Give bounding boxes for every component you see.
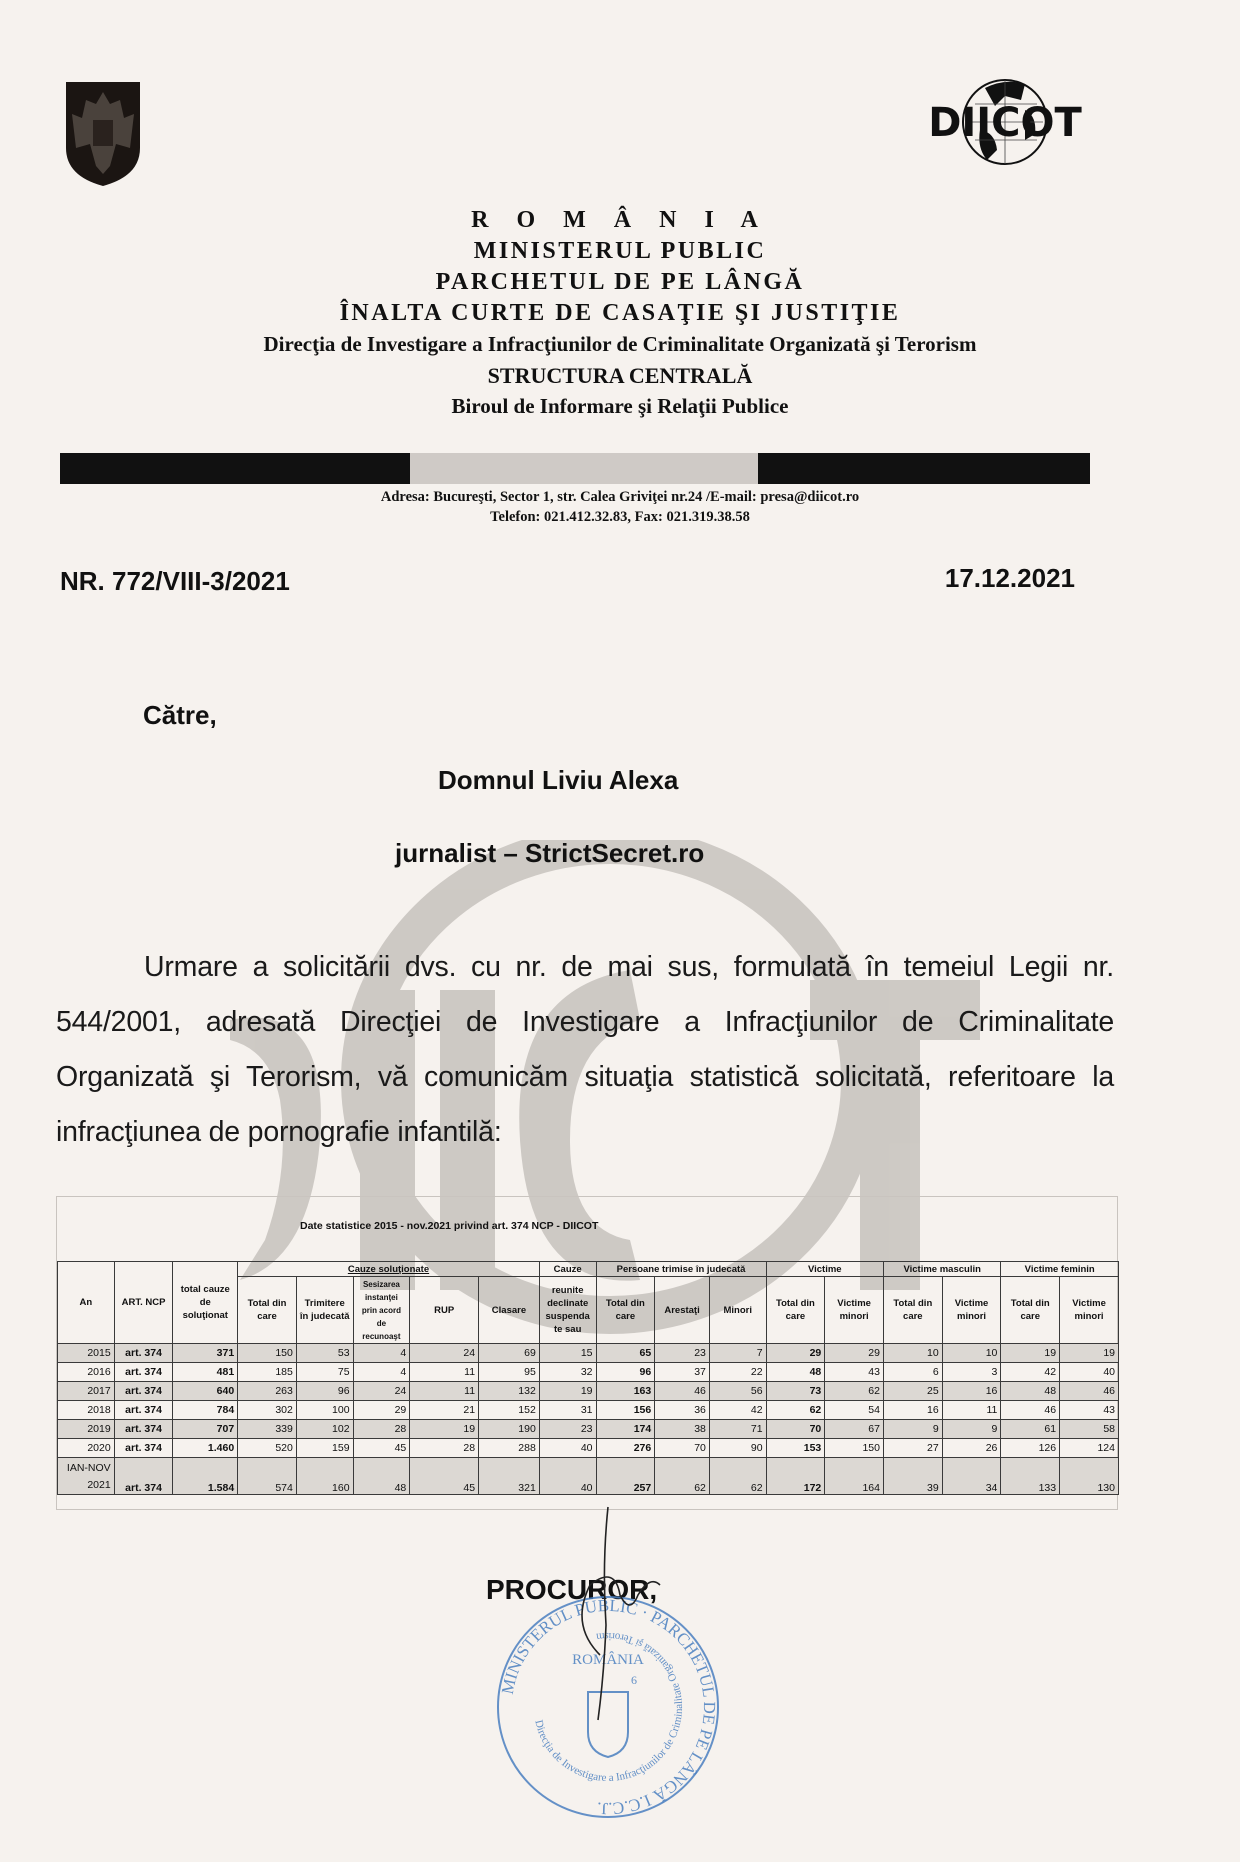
table-cell: 67 <box>825 1420 884 1439</box>
col-header-year: An <box>58 1262 115 1344</box>
table-cell: 164 <box>825 1458 884 1495</box>
table-cell: 45 <box>353 1439 410 1458</box>
table-cell: 28 <box>353 1420 410 1439</box>
table-cell: 784 <box>173 1401 238 1420</box>
header-prosecutor-office-2: ÎNALTA CURTE DE CASAŢIE ŞI JUSTIŢIE <box>0 298 1240 329</box>
table-cell: 19 <box>539 1382 596 1401</box>
table-caption: Date statistice 2015 - nov.2021 privind … <box>300 1220 598 1232</box>
table-cell: 70 <box>766 1420 825 1439</box>
table-row: 2019art. 3747073391022819190231743871706… <box>58 1420 1119 1439</box>
cell-year: 2016 <box>58 1363 115 1382</box>
table-cell: 62 <box>655 1458 710 1495</box>
table-cell: 126 <box>1001 1439 1060 1458</box>
cell-year: 2019 <box>58 1420 115 1439</box>
address-line: Adresa: Bucureşti, Sector 1, str. Calea … <box>0 487 1240 507</box>
table-cell: 100 <box>296 1401 353 1420</box>
table-cell: 159 <box>296 1439 353 1458</box>
table-cell: 62 <box>709 1458 766 1495</box>
table-cell: 24 <box>410 1344 479 1363</box>
table-cell: 707 <box>173 1420 238 1439</box>
table-cell: 34 <box>942 1458 1001 1495</box>
table-row: 2015art. 3743711505342469156523729291010… <box>58 1344 1119 1363</box>
col-header: Total din care <box>766 1277 825 1344</box>
table-cell: 163 <box>596 1382 655 1401</box>
table-cell: 574 <box>238 1458 297 1495</box>
table-cell: 172 <box>766 1458 825 1495</box>
table-cell: 124 <box>1060 1439 1119 1458</box>
table-cell: 152 <box>479 1401 540 1420</box>
table-cell: 45 <box>410 1458 479 1495</box>
table-cell: 321 <box>479 1458 540 1495</box>
table-cell: 48 <box>1001 1382 1060 1401</box>
col-header: Victime minori <box>825 1277 884 1344</box>
table-cell: 43 <box>825 1363 884 1382</box>
group-header-male-victims: Victime masculin <box>883 1262 1000 1277</box>
table-cell: 9 <box>883 1420 942 1439</box>
table-cell: 46 <box>1060 1382 1119 1401</box>
table-row: 2017art. 3746402639624111321916346567362… <box>58 1382 1119 1401</box>
col-header: Victime minori <box>942 1277 1001 1344</box>
reference-number: NR. 772/VIII-3/2021 <box>60 566 290 597</box>
table-cell: 96 <box>296 1382 353 1401</box>
table-cell: 21 <box>410 1401 479 1420</box>
table-cell: 25 <box>883 1382 942 1401</box>
table-cell: 4 <box>353 1344 410 1363</box>
cell-article: art. 374 <box>114 1363 173 1382</box>
header-structure: STRUCTURA CENTRALĂ <box>0 360 1240 391</box>
header-prosecutor-office-1: PARCHETUL DE PE LÂNGĂ <box>0 267 1240 298</box>
table-cell: 46 <box>655 1382 710 1401</box>
table-cell: 95 <box>479 1363 540 1382</box>
table-cell: 19 <box>1001 1344 1060 1363</box>
table-cell: 54 <box>825 1401 884 1420</box>
col-header: Total din care <box>596 1277 655 1344</box>
table-row: 2018art. 3747843021002921152311563642625… <box>58 1401 1119 1420</box>
table-cell: 276 <box>596 1439 655 1458</box>
table-cell: 31 <box>539 1401 596 1420</box>
table-cell: 19 <box>1060 1344 1119 1363</box>
table-cell: 40 <box>539 1439 596 1458</box>
recipient-role: jurnalist – StrictSecret.ro <box>395 838 704 869</box>
table-cell: 27 <box>883 1439 942 1458</box>
romania-coat-of-arms-icon <box>62 78 144 188</box>
table-cell: 1.584 <box>173 1458 238 1495</box>
table-cell: 29 <box>825 1344 884 1363</box>
table-cell: 53 <box>296 1344 353 1363</box>
table-cell: 132 <box>479 1382 540 1401</box>
table-cell: 70 <box>655 1439 710 1458</box>
table-cell: 9 <box>942 1420 1001 1439</box>
table-cell: 69 <box>479 1344 540 1363</box>
table-cell: 185 <box>238 1363 297 1382</box>
header-country: R O M Â N I A <box>0 205 1240 236</box>
table-cell: 36 <box>655 1401 710 1420</box>
header-divider-middle <box>410 453 758 484</box>
table-cell: 150 <box>825 1439 884 1458</box>
group-header-victims: Victime <box>766 1262 883 1277</box>
table-cell: 339 <box>238 1420 297 1439</box>
table-cell: 37 <box>655 1363 710 1382</box>
cell-year: 2015 <box>58 1344 115 1363</box>
col-header: Clasare <box>479 1277 540 1344</box>
cell-article: art. 374 <box>114 1420 173 1439</box>
group-header-persons-indicted: Persoane trimise în judecată <box>596 1262 766 1277</box>
table-row: IAN-NOV 2021art. 3741.584574160484532140… <box>58 1458 1119 1495</box>
table-cell: 38 <box>655 1420 710 1439</box>
salutation: Către, <box>143 700 217 731</box>
table-cell: 90 <box>709 1439 766 1458</box>
table-cell: 22 <box>709 1363 766 1382</box>
col-header: Arestaţi <box>655 1277 710 1344</box>
table-cell: 288 <box>479 1439 540 1458</box>
table-cell: 71 <box>709 1420 766 1439</box>
col-header: Victime minori <box>1060 1277 1119 1344</box>
table-cell: 302 <box>238 1401 297 1420</box>
letter-page: DIICOT R O M Â N I A MINISTERUL PUBLIC P… <box>0 0 1240 1862</box>
statistics-table-body: 2015art. 3743711505342469156523729291010… <box>58 1344 1119 1495</box>
table-cell: 32 <box>539 1363 596 1382</box>
col-header: Total din care <box>238 1277 297 1344</box>
group-header-female-victims: Victime feminin <box>1001 1262 1119 1277</box>
table-row: 2016art. 3744811857541195329637224843634… <box>58 1363 1119 1382</box>
table-row: 2020art. 3741.46052015945282884027670901… <box>58 1439 1119 1458</box>
table-cell: 73 <box>766 1382 825 1401</box>
table-cell: 190 <box>479 1420 540 1439</box>
table-cell: 3 <box>942 1363 1001 1382</box>
cell-article: art. 374 <box>114 1382 173 1401</box>
table-cell: 26 <box>942 1439 1001 1458</box>
table-cell: 24 <box>353 1382 410 1401</box>
table-cell: 150 <box>238 1344 297 1363</box>
phone-line: Telefon: 021.412.32.83, Fax: 021.319.38.… <box>0 507 1240 527</box>
table-cell: 520 <box>238 1439 297 1458</box>
cell-year: 2020 <box>58 1439 115 1458</box>
col-header-total-cases: total cauze de soluţionat <box>173 1262 238 1344</box>
table-cell: 42 <box>709 1401 766 1420</box>
handwritten-signature <box>560 1505 670 1735</box>
diicot-logo: DIICOT <box>925 70 1085 170</box>
group-header-solved-cases: Cauze soluţionate <box>238 1262 540 1277</box>
table-cell: 263 <box>238 1382 297 1401</box>
table-cell: 58 <box>1060 1420 1119 1439</box>
table-cell: 133 <box>1001 1458 1060 1495</box>
statistics-table: An ART. NCP total cauze de soluţionat Ca… <box>57 1261 1119 1495</box>
reference-date: 17.12.2021 <box>945 563 1075 594</box>
table-cell: 23 <box>655 1344 710 1363</box>
table-cell: 48 <box>766 1363 825 1382</box>
table-cell: 48 <box>353 1458 410 1495</box>
svg-text:DIICOT: DIICOT <box>928 100 1082 146</box>
table-cell: 96 <box>596 1363 655 1382</box>
table-cell: 4 <box>353 1363 410 1382</box>
col-header: Sesizarea instanţei prin acord de recuno… <box>353 1277 410 1344</box>
cell-article: art. 374 <box>114 1458 173 1495</box>
header-ministry: MINISTERUL PUBLIC <box>0 236 1240 267</box>
col-header: RUP <box>410 1277 479 1344</box>
group-header-merged-cases: Cauze <box>539 1262 596 1277</box>
header-divider-left <box>60 453 410 484</box>
table-cell: 11 <box>410 1382 479 1401</box>
table-cell: 174 <box>596 1420 655 1439</box>
col-header: Total din care <box>1001 1277 1060 1344</box>
recipient-name: Domnul Liviu Alexa <box>438 765 678 796</box>
table-cell: 23 <box>539 1420 596 1439</box>
table-cell: 10 <box>883 1344 942 1363</box>
cell-article: art. 374 <box>114 1439 173 1458</box>
table-cell: 65 <box>596 1344 655 1363</box>
table-cell: 61 <box>1001 1420 1060 1439</box>
table-cell: 160 <box>296 1458 353 1495</box>
header-divider-right <box>758 453 1090 484</box>
table-cell: 156 <box>596 1401 655 1420</box>
letterhead: R O M Â N I A MINISTERUL PUBLIC PARCHETU… <box>0 205 1240 422</box>
table-cell: 130 <box>1060 1458 1119 1495</box>
table-cell: 42 <box>1001 1363 1060 1382</box>
table-cell: 39 <box>883 1458 942 1495</box>
table-cell: 29 <box>353 1401 410 1420</box>
table-cell: 62 <box>825 1382 884 1401</box>
table-cell: 481 <box>173 1363 238 1382</box>
col-header: reunite declinate suspenda te sau <box>539 1277 596 1344</box>
table-cell: 43 <box>1060 1401 1119 1420</box>
table-cell: 16 <box>883 1401 942 1420</box>
cell-year: 2017 <box>58 1382 115 1401</box>
table-cell: 6 <box>883 1363 942 1382</box>
cell-article: art. 374 <box>114 1344 173 1363</box>
table-cell: 102 <box>296 1420 353 1439</box>
cell-year: IAN-NOV 2021 <box>58 1458 115 1495</box>
table-cell: 11 <box>410 1363 479 1382</box>
body-paragraph: Urmare a solicitării dvs. cu nr. de mai … <box>56 940 1114 1160</box>
table-cell: 40 <box>1060 1363 1119 1382</box>
table-cell: 10 <box>942 1344 1001 1363</box>
table-cell: 40 <box>539 1458 596 1495</box>
table-cell: 1.460 <box>173 1439 238 1458</box>
table-cell: 257 <box>596 1458 655 1495</box>
table-cell: 16 <box>942 1382 1001 1401</box>
table-cell: 28 <box>410 1439 479 1458</box>
table-cell: 75 <box>296 1363 353 1382</box>
header-office: Biroul de Informare şi Relaţii Publice <box>0 391 1240 422</box>
contact-info: Adresa: Bucureşti, Sector 1, str. Calea … <box>0 487 1240 527</box>
header-directorate: Direcţia de Investigare a Infracţiunilor… <box>0 329 1240 360</box>
table-cell: 153 <box>766 1439 825 1458</box>
table-cell: 19 <box>410 1420 479 1439</box>
col-header-article: ART. NCP <box>114 1262 173 1344</box>
cell-article: art. 374 <box>114 1401 173 1420</box>
table-cell: 62 <box>766 1401 825 1420</box>
cell-year: 2018 <box>58 1401 115 1420</box>
table-cell: 640 <box>173 1382 238 1401</box>
col-header: Minori <box>709 1277 766 1344</box>
col-header: Trimitere în judecată <box>296 1277 353 1344</box>
table-cell: 7 <box>709 1344 766 1363</box>
table-cell: 29 <box>766 1344 825 1363</box>
table-cell: 15 <box>539 1344 596 1363</box>
col-header: Total din care <box>883 1277 942 1344</box>
table-cell: 46 <box>1001 1401 1060 1420</box>
table-cell: 11 <box>942 1401 1001 1420</box>
table-cell: 56 <box>709 1382 766 1401</box>
table-cell: 371 <box>173 1344 238 1363</box>
